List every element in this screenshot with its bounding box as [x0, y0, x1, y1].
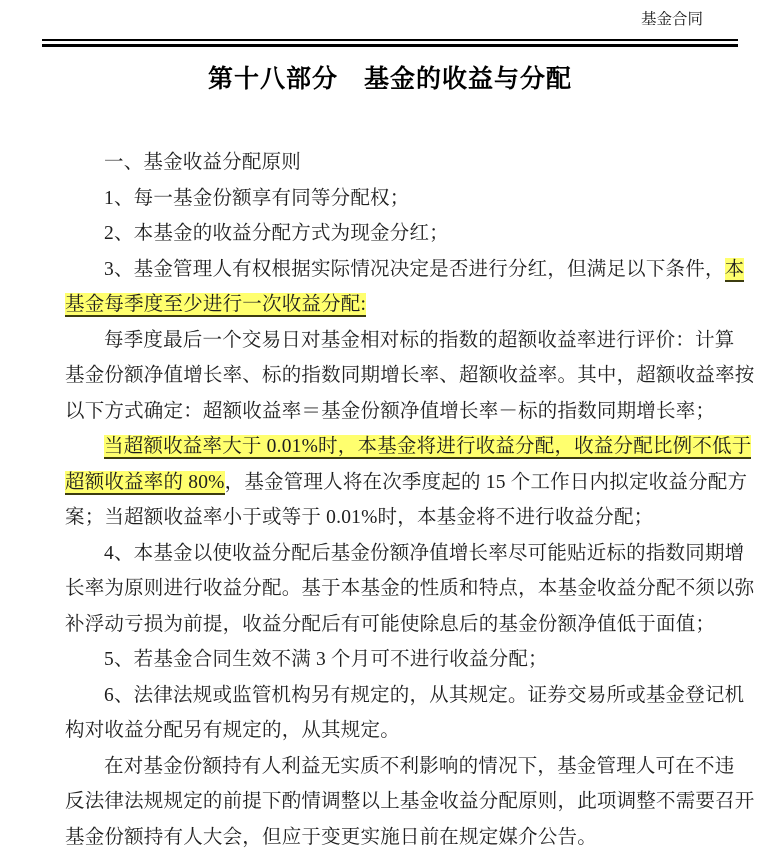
- running-header: 基金合同: [0, 0, 780, 30]
- para-adjustment-line-2: 反法律法规规定的前提下酌情调整以上基金收益分配原则，此项调整不需要召开: [65, 784, 715, 820]
- para-evaluation-line-1: 每季度最后一个交易日对基金相对标的指数的超额收益率进行评价：计算: [65, 323, 715, 359]
- item-6-line-1: 6、法律法规或监管机构另有规定的，从其规定。证券交易所或基金登记机: [65, 678, 715, 714]
- para-adjustment-line-3: 基金份额持有人大会，但应于变更实施日前在规定媒介公告。: [65, 820, 715, 856]
- eighty-percent-highlight: 超额收益率的 80%: [65, 471, 225, 495]
- item-3-normal-text: 3、基金管理人有权根据实际情况决定是否进行分红，但满足以下条件，: [104, 259, 725, 280]
- excess-return-normal-text: ，基金管理人将在次季度起的 15 个工作日内拟定收益分配方: [225, 472, 748, 493]
- contract-page: 基金合同 第十八部分 基金的收益与分配 一、基金收益分配原则 1、每一基金份额享…: [0, 0, 780, 861]
- item-1: 1、每一基金份额享有同等分配权；: [65, 181, 715, 217]
- para-excess-return-line-3: 案；当超额收益率小于或等于 0.01%时，本基金将不进行收益分配；: [65, 500, 715, 536]
- item-4-line-3: 补浮动亏损为前提，收益分配后有可能使除息后的基金份额净值低于面值；: [65, 607, 715, 643]
- item-4-line-1: 4、本基金以使收益分配后基金份额净值增长率尽可能贴近标的指数同期增: [65, 536, 715, 572]
- chapter-title: 第十八部分 基金的收益与分配: [0, 62, 780, 96]
- para-evaluation-line-2: 基金份额净值增长率、标的指数同期增长率、超额收益率。其中，超额收益率按: [65, 358, 715, 394]
- item-4-line-2: 长率为原则进行收益分配。基于本基金的性质和特点，本基金收益分配不须以弥: [65, 571, 715, 607]
- heading-distribution-principles: 一、基金收益分配原则: [65, 145, 715, 181]
- header-double-rule: [42, 39, 738, 47]
- para-excess-return-line-1: 当超额收益率大于 0.01%时，本基金将进行收益分配，收益分配比例不低于: [65, 429, 715, 465]
- para-excess-return-line-2: 超额收益率的 80%，基金管理人将在次季度起的 15 个工作日内拟定收益分配方: [65, 465, 715, 501]
- excess-return-condition-highlight: 当超额收益率大于 0.01%时，本基金将进行收益分配，收益分配比例不低于: [104, 435, 751, 459]
- item-3-highlight-start: 本: [725, 258, 745, 282]
- body-text: 一、基金收益分配原则 1、每一基金份额享有同等分配权； 2、本基金的收益分配方式…: [65, 145, 715, 855]
- para-adjustment-line-1: 在对基金份额持有人利益无实质不利影响的情况下，基金管理人可在不违: [65, 749, 715, 785]
- item-5: 5、若基金合同生效不满 3 个月可不进行收益分配；: [65, 642, 715, 678]
- doc-type-label: 基金合同: [641, 11, 703, 28]
- para-evaluation-line-3: 以下方式确定：超额收益率＝基金份额净值增长率－标的指数同期增长率；: [65, 394, 715, 430]
- item-6-line-2: 构对收益分配另有规定的，从其规定。: [65, 713, 715, 749]
- item-3-line-2: 基金每季度至少进行一次收益分配:: [65, 287, 715, 323]
- item-2: 2、本基金的收益分配方式为现金分红；: [65, 216, 715, 252]
- quarterly-distribution-highlight: 基金每季度至少进行一次收益分配:: [65, 293, 366, 317]
- item-3-line-1: 3、基金管理人有权根据实际情况决定是否进行分红，但满足以下条件，本: [65, 252, 715, 288]
